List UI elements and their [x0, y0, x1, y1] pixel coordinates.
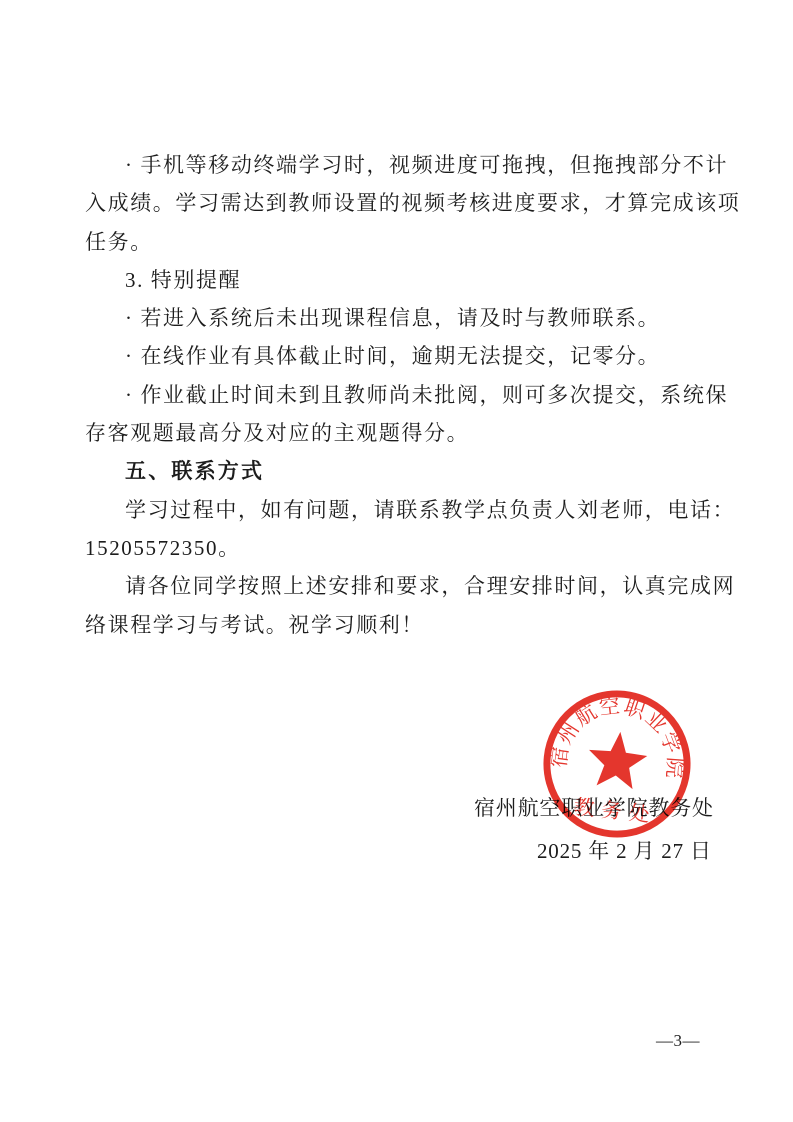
body-line: 存客观题最高分及对应的主观题得分。 [85, 414, 745, 452]
body-line: 任务。 [85, 223, 745, 261]
document-page: · 手机等移动终端学习时，视频进度可拖拽，但拖拽部分不计 入成绩。学习需达到教师… [0, 0, 793, 1122]
body-line: 学习过程中，如有问题，请联系教学点负责人刘老师，电话： [85, 491, 745, 529]
phone-number-line: 15205572350。 [85, 529, 745, 567]
subsection-heading: 3. 特别提醒 [85, 261, 745, 299]
official-seal: 宿州航空职业学院 教务处 [532, 679, 701, 848]
star-icon [585, 729, 649, 791]
body-line: · 若进入系统后未出现课程信息，请及时与教师联系。 [85, 299, 745, 337]
official-seal-graphic: 宿州航空职业学院 教务处 [532, 679, 701, 848]
document-body: · 手机等移动终端学习时，视频进度可拖拽，但拖拽部分不计 入成绩。学习需达到教师… [85, 146, 745, 644]
signature-date: 2025 年 2 月 27 日 [537, 835, 712, 865]
seal-department-text: 教务处 [573, 796, 658, 828]
body-line: 络课程学习与考试。祝学习顺利！ [85, 606, 745, 644]
body-line: · 作业截止时间未到且教师尚未批阅，则可多次提交，系统保 [85, 376, 745, 414]
body-line: 请各位同学按照上述安排和要求，合理安排时间，认真完成网 [85, 567, 745, 605]
body-line: · 手机等移动终端学习时，视频进度可拖拽，但拖拽部分不计 [85, 146, 745, 184]
section-heading: 五、联系方式 [85, 452, 745, 490]
body-line: · 在线作业有具体截止时间，逾期无法提交，记零分。 [85, 337, 745, 375]
page-number: —3— [656, 1031, 700, 1051]
body-line: 入成绩。学习需达到教师设置的视频考核进度要求，才算完成该项 [85, 184, 745, 222]
